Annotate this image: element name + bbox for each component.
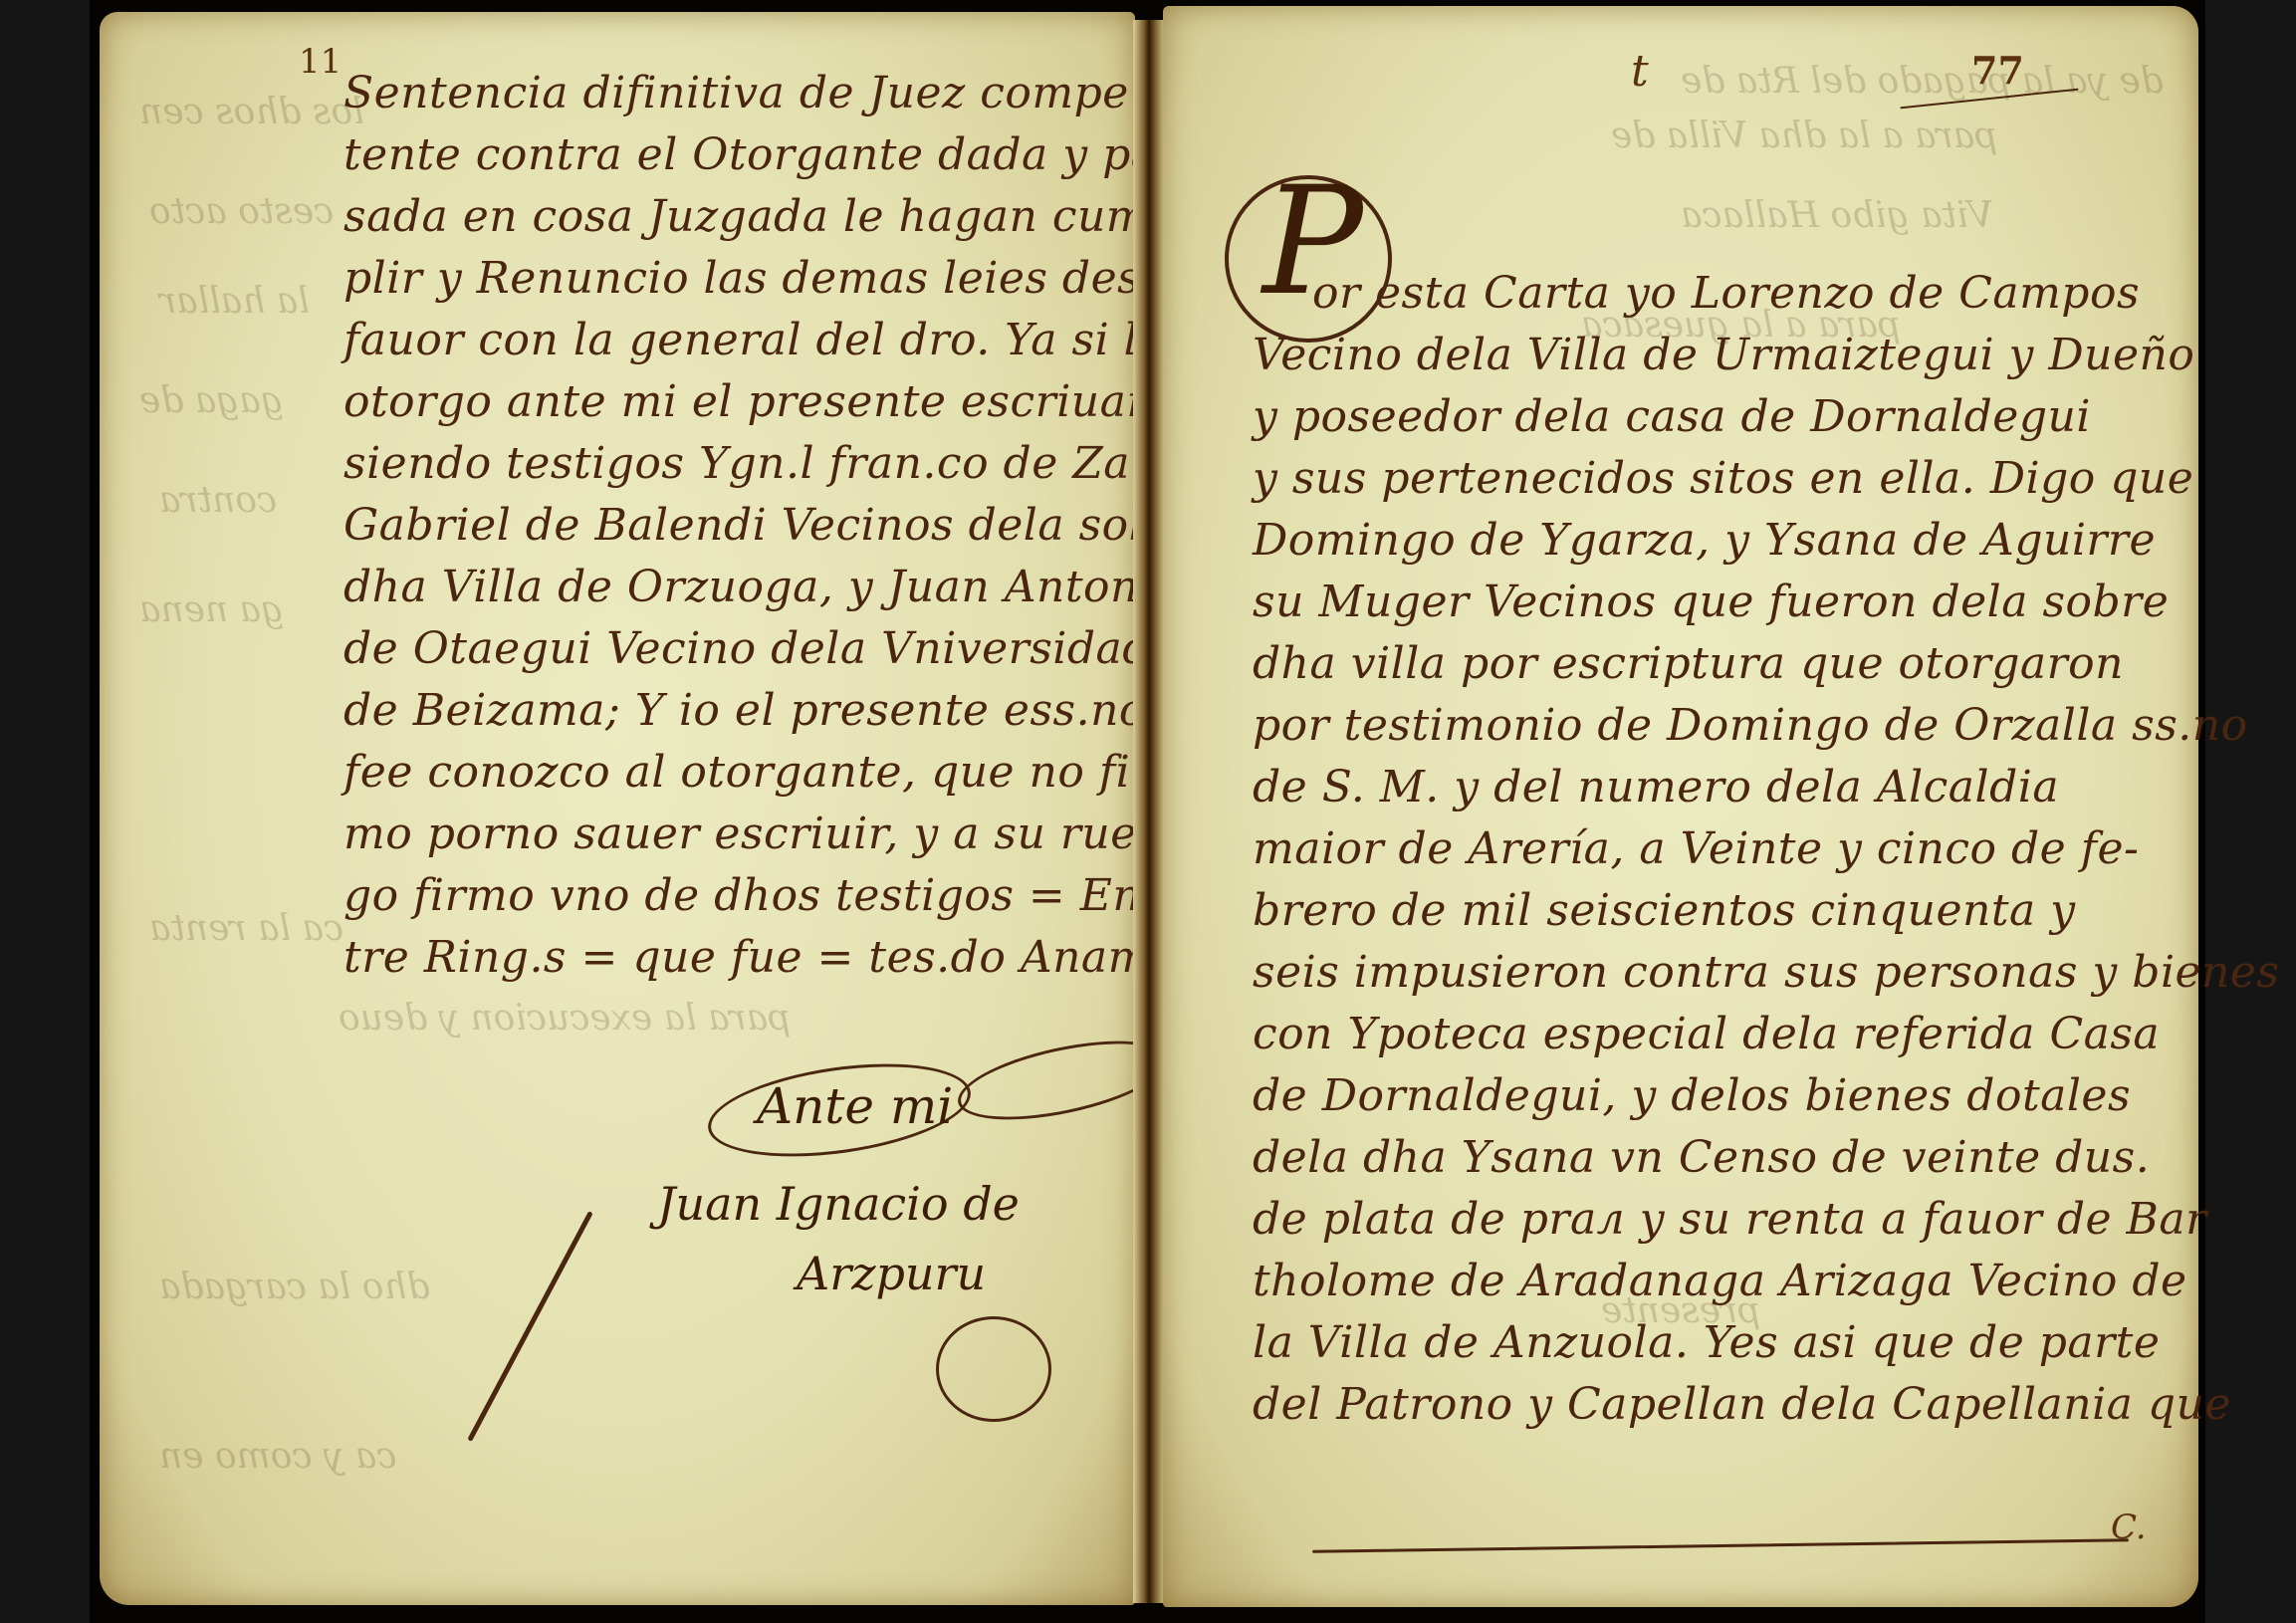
text-line: Vecino dela Villa de Urmaiztegui y Dueño — [1253, 329, 2194, 382]
text-line: del Patrono y Capellan dela Capellania q… — [1253, 1378, 2231, 1432]
text-line: de Dornaldegui, y delos bienes dotales — [1253, 1069, 2131, 1123]
folio-number: 11 — [299, 42, 342, 82]
text-line: siendo testigos Ygn.l fran.co de Zauala — [344, 437, 1227, 491]
text-line: tholome de Aradanaga Arizaga Vecino de — [1253, 1255, 2187, 1308]
text-line: y poseedor dela casa de Dornaldegui — [1253, 390, 2091, 444]
bleed-through-text: los dhos cen — [139, 92, 364, 132]
text-line: Gabriel de Balendi Vecinos dela sobre — [344, 499, 1205, 553]
text-line: maior de Arería, a Veinte y cinco de fe- — [1253, 822, 2139, 876]
book-gutter — [1133, 20, 1165, 1603]
folio-number: 77 — [1971, 48, 2024, 93]
text-line: con Ypoteca especial dela referida Casa — [1253, 1008, 2160, 1061]
bleed-through-text: ga nena — [139, 589, 284, 630]
bleed-through-text: para la execucion y deuo — [339, 998, 791, 1039]
signature-ante-mi: Ante mi — [757, 1077, 953, 1135]
bleed-through-text: contra — [159, 480, 277, 521]
bleed-through-text: ca la renta — [149, 908, 344, 949]
bleed-through-text: la hallar — [159, 281, 310, 322]
bleed-through-text: dho la cargada — [159, 1267, 430, 1307]
text-line: mo porno sauer escriuir, y a su rue- — [344, 808, 1152, 861]
signature-surname: Arzpuru — [797, 1247, 986, 1300]
bleed-through-text: para a la dha Villa de — [1611, 116, 1997, 156]
text-line: por testimonio de Domingo de Orzalla ss.… — [1253, 699, 2248, 753]
text-line: Domingo de Ygarza, y Ysana de Aguirre — [1253, 514, 2156, 568]
text-line: de Otaegui Vecino dela Vniversidad — [344, 622, 1151, 676]
text-line: otorgo ante mi el presente escriuano — [344, 375, 1182, 429]
left-page: los dhos cen cesto acto la hallar gaga d… — [100, 12, 1135, 1605]
bleed-through-text: de ya la pagado del Rta de — [1681, 61, 2164, 102]
signature-stroke — [467, 1211, 592, 1442]
text-line: la Villa de Anzuola. Yes asi que de part… — [1253, 1316, 2160, 1370]
text-line: plir y Renuncio las demas leies desu — [344, 252, 1169, 306]
right-page: de ya la pagado del Rta de para a la dha… — [1163, 6, 2198, 1607]
signature-rubric — [936, 1316, 1051, 1422]
text-line: dela dha Ysana vn Censo de veinte dus. — [1253, 1131, 2150, 1185]
text-line: tente contra el Otorgante dada y pa- — [344, 128, 1173, 182]
header-mark: t — [1631, 46, 1649, 97]
text-line: fauor con la general del dro. Ya si lo — [344, 314, 1165, 367]
text-line: Sentencia difinitiva de Juez compe — [344, 67, 1129, 120]
text-line: dha Villa de Orzuoga, y Juan Antonio — [344, 561, 1180, 614]
text-line: go firmo vno de dhos testigos = En- — [344, 869, 1157, 923]
text-line: de S. M. y del numero dela Alcaldia — [1253, 761, 2059, 814]
text-line: seis impusieron contra sus personas y bi… — [1253, 946, 2280, 1000]
text-line: su Muger Vecinos que fueron dela sobre — [1253, 576, 2169, 629]
bleed-through-text: gaga de — [139, 380, 284, 421]
bleed-through-text: cesto acto — [149, 191, 334, 232]
text-line: or esta Carta yo Lorenzo de Campos — [1312, 267, 2140, 321]
text-line: fee conozco al otorgante, que no fir- — [344, 746, 1167, 800]
closing-rule — [1312, 1538, 2129, 1552]
text-line: de plata de prал y su renta a fauor de B… — [1253, 1193, 2207, 1247]
bleed-through-text: Vita gibo Hallaca — [1681, 195, 1993, 236]
text-line: brero de mil seiscientos cinquenta y — [1253, 884, 2076, 938]
bleed-through-text: ca y como en — [159, 1436, 396, 1477]
text-line: de Beizama; Y io el presente ess.no doy — [344, 684, 1241, 738]
signature-name: Juan Ignacio de — [657, 1177, 1020, 1231]
text-line: sada en cosa Juzgada le hagan cum — [344, 190, 1148, 244]
text-line: y sus pertenecidos sitos en ella. Digo q… — [1253, 452, 2193, 506]
text-line: dha villa por escriptura que otorgaron — [1253, 637, 2124, 691]
